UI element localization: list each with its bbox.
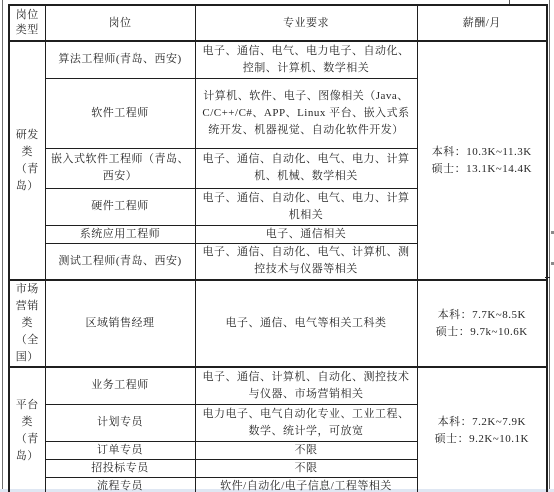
salary-bachelor: 本科：7.2K~7.9K (420, 414, 545, 431)
major-cell: 电子、通信、自动化、电气、电力、计算机、机械、数学相关 (195, 148, 417, 188)
major-cell: 电子、通信、计算机、自动化、测控技术与仪器、市场营销相关 (195, 367, 417, 404)
table-row: 平台 类 （青 岛） 业务工程师 电子、通信、计算机、自动化、测控技术与仪器、市… (9, 367, 547, 404)
major-cell: 软件/自动化/电子信息/工程等相关 (195, 477, 417, 492)
category-line: 营销 (12, 298, 43, 315)
table-row: 研发 类 （青 岛） 算法工程师(青岛、西安) 电子、通信、电气、电力电子、自动… (9, 41, 547, 78)
salary-master: 硕士：9.7k~10.6K (420, 324, 545, 341)
category-cell-rd: 研发 类 （青 岛） (9, 41, 45, 280)
position-cell: 嵌入式软件工程师（青岛、西安） (45, 148, 195, 188)
category-line: 国） (12, 349, 43, 366)
major-cell: 电力电子、电气自动化专业、工业工程、数学、统计学，可放宽 (195, 404, 417, 441)
position-cell: 算法工程师(青岛、西安) (45, 41, 195, 78)
position-cell: 订单专员 (45, 441, 195, 459)
major-cell: 不限 (195, 441, 417, 459)
job-positions-table: 岗位 类型 岗位 专业要求 薪酬/月 研发 类 （青 岛） 算法工程师(青岛、西… (8, 4, 548, 492)
header-salary: 薪酬/月 (417, 5, 547, 41)
category-cell-platform: 平台 类 （青 岛） (9, 367, 45, 492)
category-line: 岛） (12, 178, 43, 195)
position-cell: 流程专员 (45, 477, 195, 492)
position-cell: 系统应用工程师 (45, 225, 195, 243)
header-position-type-line: 岗位 (12, 8, 43, 23)
cropped-left-table-border (2, 0, 3, 492)
category-line: 研发 (12, 127, 43, 144)
document-page: 岗位 类型 岗位 专业要求 薪酬/月 研发 类 （青 岛） 算法工程师(青岛、西… (0, 0, 554, 492)
salary-cell-rd: 本科：10.3K~11.3K 硕士：13.1K~14.4K (417, 41, 547, 280)
major-cell: 计算机、软件、电子、图像相关（Java、C/C++/C#、APP、Linux 平… (195, 78, 417, 148)
cropped-right-table-border (549, 0, 550, 492)
header-position-type-line: 类型 (12, 23, 43, 38)
position-cell: 计划专员 (45, 404, 195, 441)
category-line: 类 (12, 144, 43, 161)
category-line: （青 (12, 431, 43, 448)
major-cell: 电子、通信、自动化、电气、电力、计算机相关 (195, 188, 417, 225)
salary-cell-marketing: 本科：7.7K~8.5K 硕士：9.7k~10.6K (417, 280, 547, 367)
header-position-type: 岗位 类型 (9, 5, 45, 41)
position-cell: 区域销售经理 (45, 280, 195, 367)
salary-bachelor: 本科：10.3K~11.3K (420, 144, 545, 161)
position-cell: 硬件工程师 (45, 188, 195, 225)
position-cell: 业务工程师 (45, 367, 195, 404)
major-cell: 电子、通信相关 (195, 225, 417, 243)
table-header-row: 岗位 类型 岗位 专业要求 薪酬/月 (9, 5, 547, 41)
category-line: （青 (12, 161, 43, 178)
position-cell: 测试工程师(青岛、西安) (45, 243, 195, 280)
position-cell: 软件工程师 (45, 78, 195, 148)
salary-bachelor: 本科：7.7K~8.5K (420, 307, 545, 324)
category-line: 市场 (12, 281, 43, 298)
position-cell: 招投标专员 (45, 459, 195, 477)
category-cell-marketing: 市场 营销 类 （全 国） (9, 280, 45, 367)
major-cell: 电子、通信、电气、电力电子、自动化、控制、计算机、数学相关 (195, 41, 417, 78)
major-cell: 不限 (195, 459, 417, 477)
category-line: 平台 (12, 397, 43, 414)
major-cell: 电子、通信、电气等相关工科类 (195, 280, 417, 367)
category-line: 类 (12, 414, 43, 431)
category-line: （全 (12, 332, 43, 349)
major-cell: 电子、通信、自动化、电气、计算机、测控技术与仪器等相关 (195, 243, 417, 280)
header-position: 岗位 (45, 5, 195, 41)
header-major-requirement: 专业要求 (195, 5, 417, 41)
salary-master: 硕士：13.1K~14.4K (420, 161, 545, 178)
table-row: 市场 营销 类 （全 国） 区域销售经理 电子、通信、电气等相关工科类 本科：7… (9, 280, 547, 367)
category-line: 岛） (12, 448, 43, 465)
category-line: 类 (12, 315, 43, 332)
salary-cell-platform: 本科：7.2K~7.9K 硕士：9.2K~10.1K (417, 367, 547, 492)
salary-master: 硕士：9.2K~10.1K (420, 431, 545, 448)
